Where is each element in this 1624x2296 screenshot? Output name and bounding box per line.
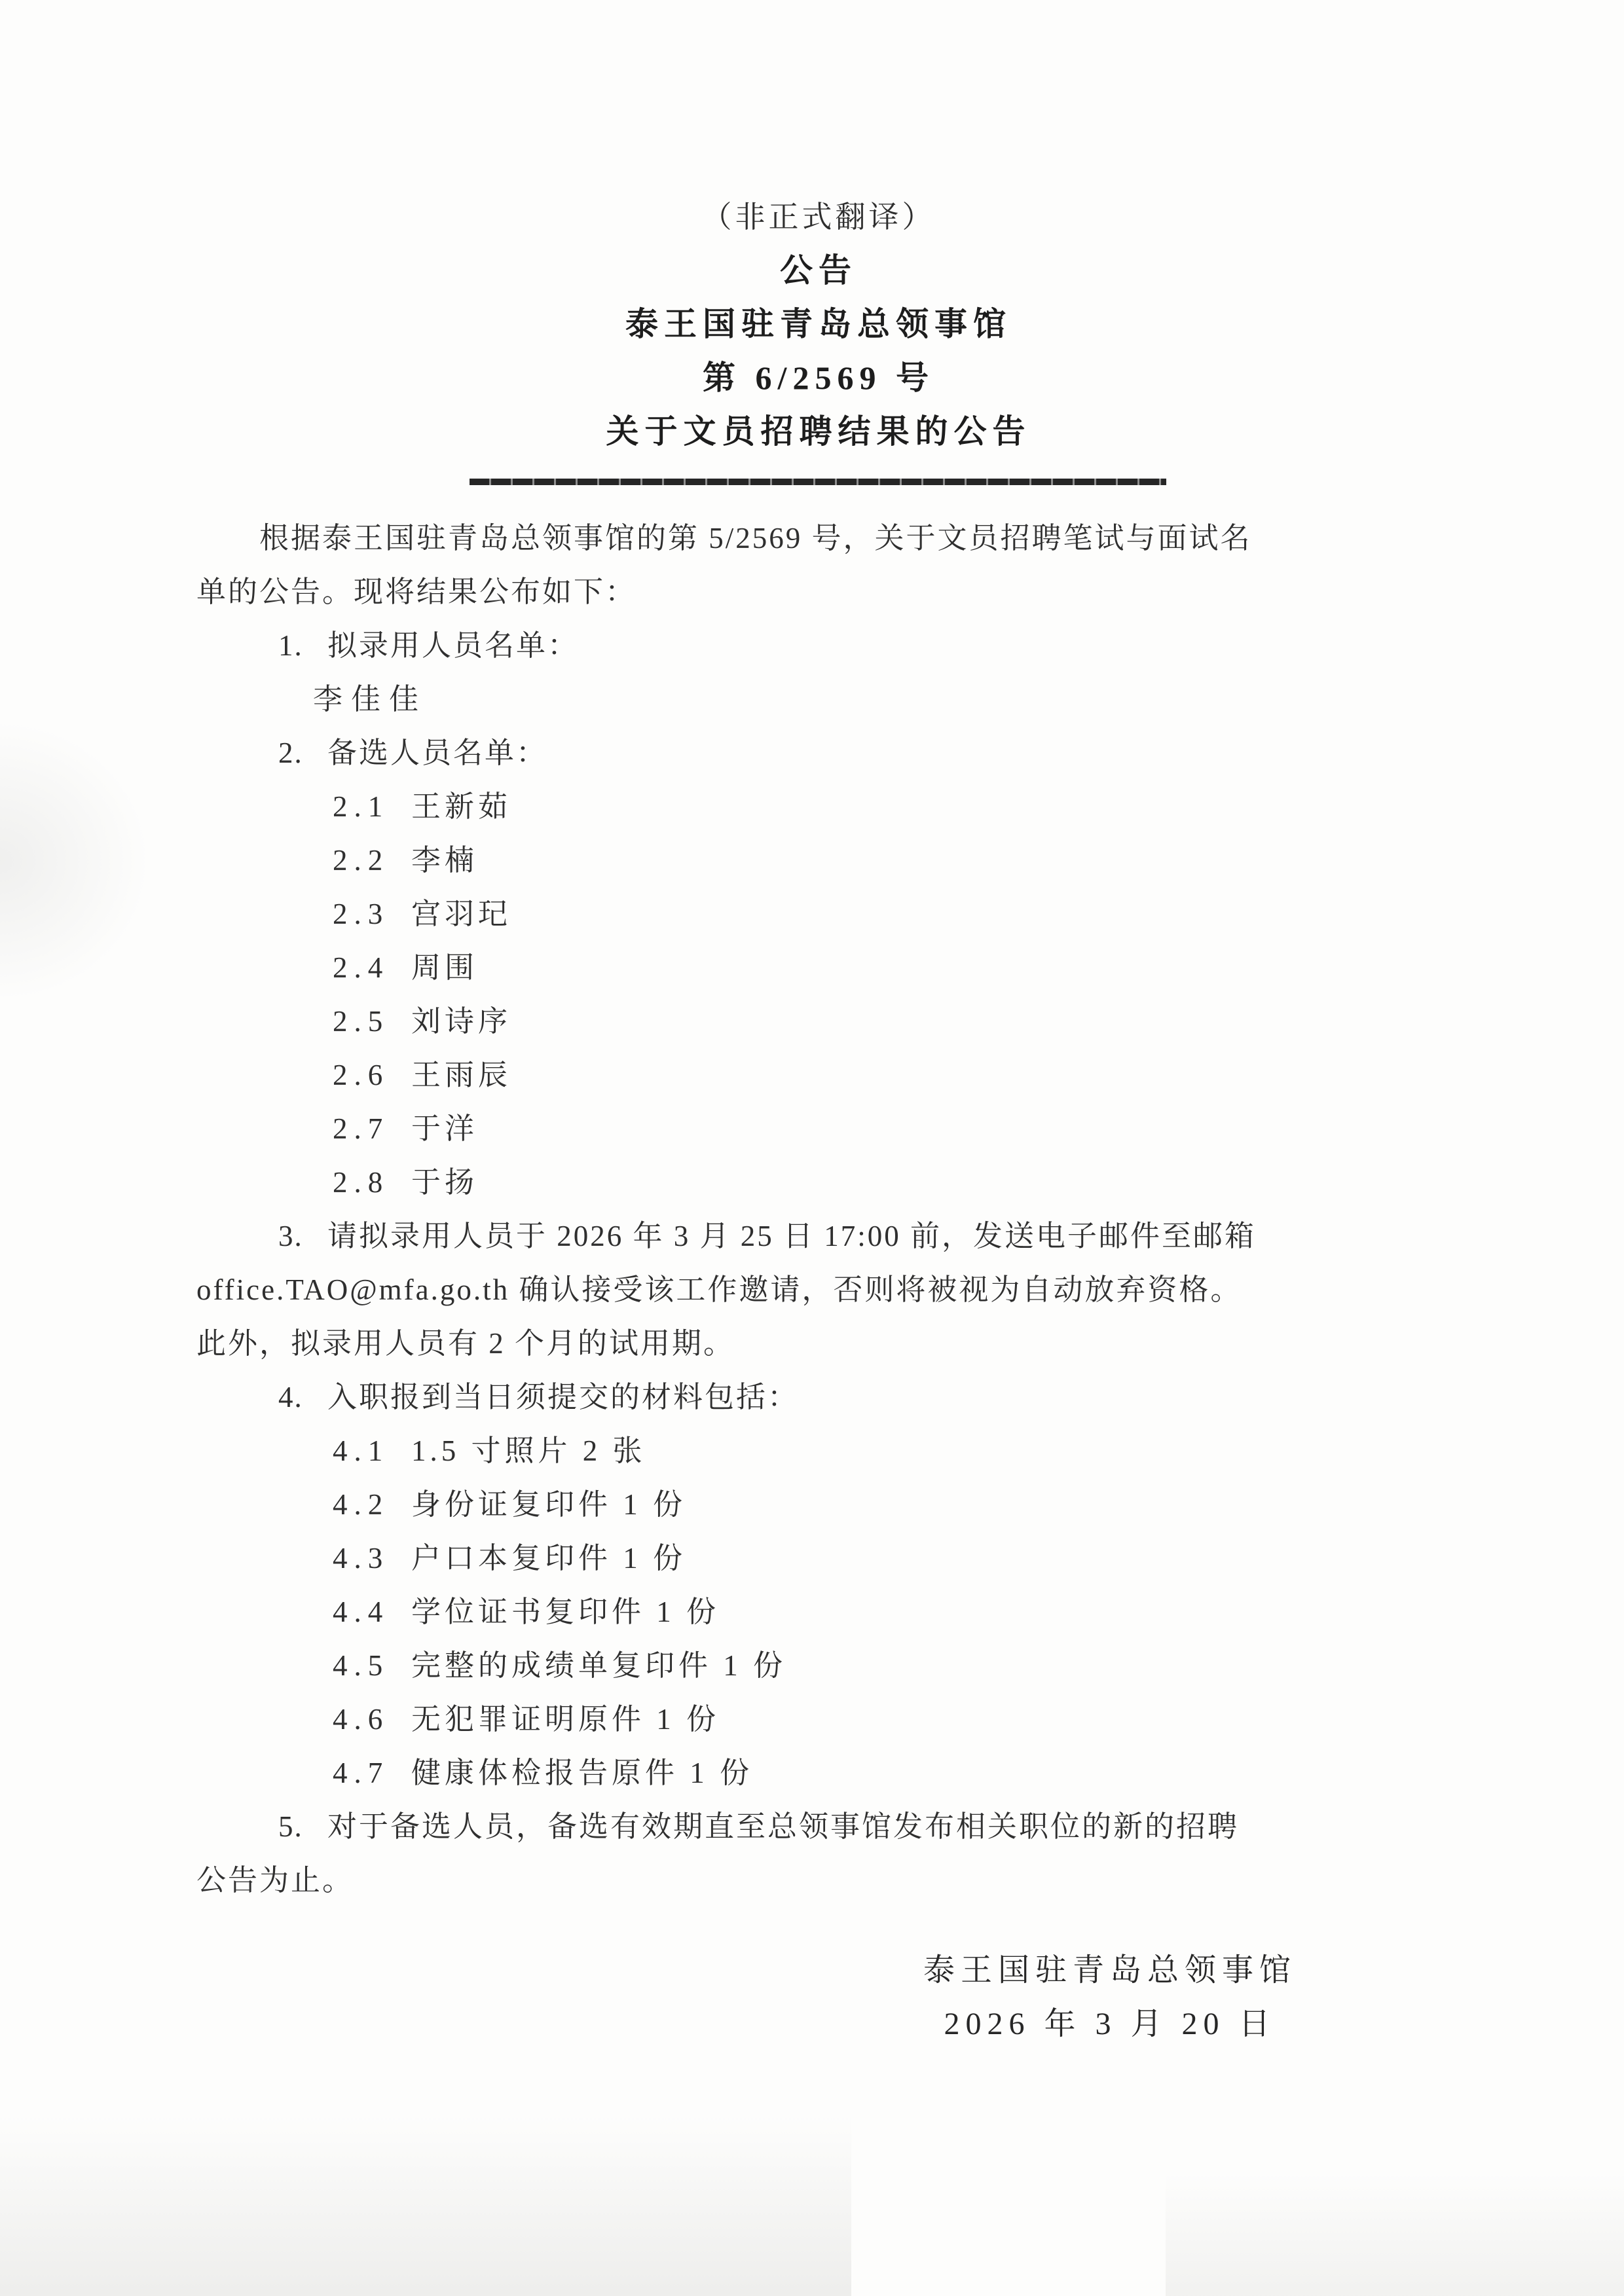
candidate-name: 李楠 xyxy=(411,844,478,877)
signature-date: 2026 年 3 月 20 日 xyxy=(688,1997,1532,2051)
document-subject: 关于文员招聘结果的公告 xyxy=(196,405,1441,458)
section-4-title: 入职报到当日须提交的材料包括： xyxy=(327,1381,799,1413)
intro-line-2: 单的公告。现将结果公布如下： xyxy=(196,565,637,619)
material-text: 完整的成绩单复印件 1 份 xyxy=(411,1649,786,1682)
candidate-number: 2.7 xyxy=(333,1102,411,1156)
material-number: 4.7 xyxy=(333,1746,411,1800)
section-3-line-1: 请拟录用人员于 2026 年 3 月 25 日 17:00 前，发送电子邮件至邮… xyxy=(327,1220,1256,1252)
scan-shadow-bottom xyxy=(0,2115,851,2296)
section-3-heading: 3.请拟录用人员于 2026 年 3 月 25 日 17:00 前，发送电子邮件… xyxy=(278,1209,1256,1263)
material-number: 4.3 xyxy=(333,1531,411,1585)
material-number: 4.6 xyxy=(333,1692,411,1746)
candidate-name: 刘诗序 xyxy=(411,1005,511,1038)
material-text: 户口本复印件 1 份 xyxy=(411,1542,686,1575)
candidate-number: 2.8 xyxy=(333,1156,411,1209)
material-text: 身份证复印件 1 份 xyxy=(411,1488,686,1521)
section-1-number: 1. xyxy=(278,619,327,672)
candidate-row: 2.7于洋 xyxy=(333,1102,478,1156)
candidate-name: 宫羽玘 xyxy=(411,898,511,930)
candidate-name: 于扬 xyxy=(411,1166,478,1199)
material-text: 健康体检报告原件 1 份 xyxy=(411,1757,753,1789)
material-row: 4.6无犯罪证明原件 1 份 xyxy=(333,1692,720,1746)
section-2-number: 2. xyxy=(278,726,327,780)
material-number: 4.1 xyxy=(333,1424,411,1478)
material-text: 学位证书复印件 1 份 xyxy=(411,1595,720,1628)
translation-note: （非正式翻译） xyxy=(196,191,1441,244)
section-3-line-3: 此外，拟录用人员有 2 个月的试用期。 xyxy=(196,1317,735,1370)
material-text: 无犯罪证明原件 1 份 xyxy=(411,1703,720,1736)
issuing-organization: 泰王国驻青岛总领事馆 xyxy=(196,297,1441,351)
signature-organization: 泰王国驻青岛总领事馆 xyxy=(688,1944,1532,1997)
material-row: 4.3户口本复印件 1 份 xyxy=(333,1531,686,1585)
material-number: 4.5 xyxy=(333,1639,411,1692)
material-row: 4.2身份证复印件 1 份 xyxy=(333,1478,686,1531)
candidate-number: 2.6 xyxy=(333,1048,411,1102)
scan-smudge-left xyxy=(0,720,151,1002)
material-row: 4.4学位证书复印件 1 份 xyxy=(333,1585,720,1639)
document-number: 第 6/2569 号 xyxy=(196,351,1441,405)
section-5-line-2: 公告为止。 xyxy=(196,1853,354,1907)
candidate-number: 2.3 xyxy=(333,887,411,941)
candidate-row: 2.5刘诗序 xyxy=(333,994,511,1048)
section-3-line-2-email: office.TAO@mfa.go.th 确认接受该工作邀请，否则将被视为自动放… xyxy=(196,1263,1242,1317)
candidate-row: 2.3宫羽玘 xyxy=(333,887,511,941)
candidate-row: 2.6王雨辰 xyxy=(333,1048,511,1102)
candidate-name: 周围 xyxy=(411,951,478,984)
material-number: 4.2 xyxy=(333,1478,411,1531)
section-1-title: 拟录用人员名单： xyxy=(327,629,579,662)
candidate-name: 王新茹 xyxy=(411,790,511,823)
material-row: 4.7健康体检报告原件 1 份 xyxy=(333,1746,753,1800)
section-1-heading: 1.拟录用人员名单： xyxy=(278,619,579,672)
candidate-row: 2.2李楠 xyxy=(333,833,478,887)
candidate-number: 2.2 xyxy=(333,833,411,887)
material-row: 4.5完整的成绩单复印件 1 份 xyxy=(333,1639,786,1692)
candidate-number: 2.4 xyxy=(333,941,411,994)
section-5-heading: 5.对于备选人员，备选有效期直至总领事馆发布相关职位的新的招聘 xyxy=(278,1800,1239,1853)
section-4-number: 4. xyxy=(278,1370,327,1424)
candidate-row: 2.8于扬 xyxy=(333,1156,478,1209)
candidate-name: 王雨辰 xyxy=(411,1059,511,1091)
candidate-number: 2.1 xyxy=(333,780,411,833)
section-2-heading: 2.备选人员名单： xyxy=(278,726,547,780)
section-5-line-1: 对于备选人员，备选有效期直至总领事馆发布相关职位的新的招聘 xyxy=(327,1810,1239,1843)
material-number: 4.4 xyxy=(333,1585,411,1639)
material-text: 1.5 寸照片 2 张 xyxy=(411,1434,646,1467)
hired-candidate-name: 李佳佳 xyxy=(313,672,427,726)
section-4-heading: 4.入职报到当日须提交的材料包括： xyxy=(278,1370,799,1424)
candidate-name: 于洋 xyxy=(411,1112,478,1145)
scan-shadow-bottom-right xyxy=(1166,2174,1624,2296)
scanned-announcement-page: （非正式翻译） 公告 泰王国驻青岛总领事馆 第 6/2569 号 关于文员招聘结… xyxy=(0,0,1624,2296)
page-title: 公告 xyxy=(196,244,1441,297)
candidate-row: 2.4周围 xyxy=(333,941,478,994)
candidate-row: 2.1王新茹 xyxy=(333,780,511,833)
intro-line-1: 根据泰王国驻青岛总领事馆的第 5/2569 号，关于文员招聘笔试与面试名 xyxy=(259,511,1252,565)
candidate-number: 2.5 xyxy=(333,994,411,1048)
section-3-number: 3. xyxy=(278,1209,327,1263)
title-divider-rule xyxy=(470,479,1166,485)
section-5-number: 5. xyxy=(278,1800,327,1853)
section-2-title: 备选人员名单： xyxy=(327,737,547,769)
material-row: 4.11.5 寸照片 2 张 xyxy=(333,1424,646,1478)
